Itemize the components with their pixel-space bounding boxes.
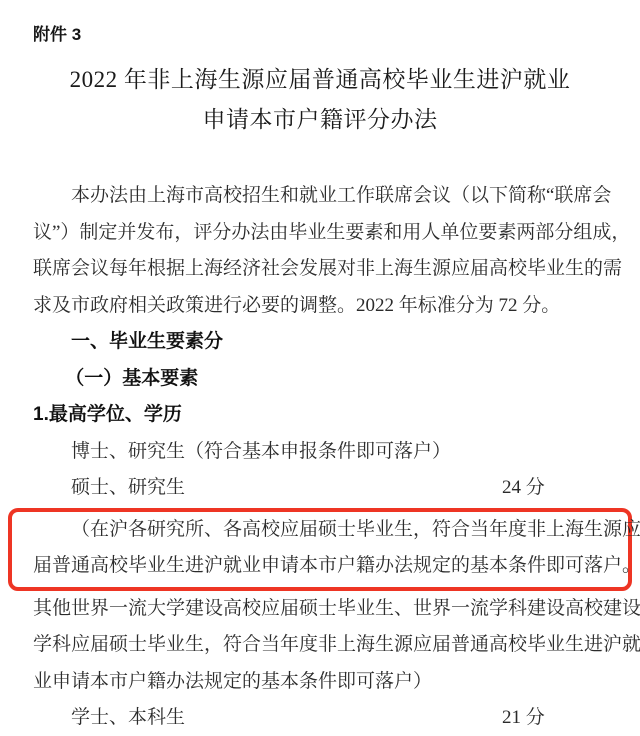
degree-bachelor-score: 21 分 xyxy=(502,700,545,736)
intro-paragraph: 本办法由上海市高校招生和就业工作联席会议（以下简称“联席会 议”）制定并发布，评… xyxy=(33,178,607,324)
note-continuation: 其他世界一流大学建设高校应届硕士毕业生、世界一流学科建设高校建设 学科应届硕士毕… xyxy=(33,591,607,701)
degree-row-doctor: 博士、研究生（符合基本申报条件即可落户） xyxy=(33,434,607,471)
subsection-heading-basic-elements: （一）基本要素 xyxy=(33,361,607,398)
highlight-line: 届普通高校毕业生进沪就业申请本市户籍办法规定的基本条件即可落户。 xyxy=(33,548,618,585)
intro-line: 议”）制定并发布，评分办法由毕业生要素和用人单位要素两部分组成， xyxy=(33,215,607,252)
degree-doctor-label: 博士、研究生（符合基本申报条件即可落户） xyxy=(71,441,451,462)
title-line-1: 2022 年非上海生源应届普通高校毕业生进沪就业 xyxy=(33,60,607,100)
note-line: 学科应届硕士毕业生，符合当年度非上海生源应届普通高校毕业生进沪就 xyxy=(33,627,607,664)
highlight-box: （在沪各研究所、各高校应届硕士毕业生，符合当年度非上海生源应 届普通高校毕业生进… xyxy=(8,508,632,591)
item-heading-highest-degree: 1.最高学位、学历 xyxy=(33,397,607,434)
document-page: 附件 3 2022 年非上海生源应届普通高校毕业生进沪就业 申请本市户籍评分办法… xyxy=(0,0,640,736)
note-line: 其他世界一流大学建设高校应届硕士毕业生、世界一流学科建设高校建设 xyxy=(33,591,607,628)
degree-row-bachelor: 学士、本科生 21 分 xyxy=(33,700,607,736)
note-line: 业申请本市户籍办法规定的基本条件即可落户） xyxy=(33,664,607,701)
intro-line: 本办法由上海市高校招生和就业工作联席会议（以下简称“联席会 xyxy=(33,178,607,215)
intro-line: 联席会议每年根据上海经济社会发展对非上海生源应届高校毕业生的需 xyxy=(33,251,607,288)
degree-master-score: 24 分 xyxy=(502,470,545,507)
intro-line: 求及市政府相关政策进行必要的调整。2022 年标准分为 72 分。 xyxy=(33,288,607,325)
highlight-line: （在沪各研究所、各高校应届硕士毕业生，符合当年度非上海生源应 xyxy=(33,512,618,549)
section-heading-graduate-elements: 一、毕业生要素分 xyxy=(33,324,607,361)
degree-master-label: 硕士、研究生 xyxy=(71,477,185,498)
document-title: 2022 年非上海生源应届普通高校毕业生进沪就业 申请本市户籍评分办法 xyxy=(33,60,607,140)
title-line-2: 申请本市户籍评分办法 xyxy=(33,100,607,140)
degree-row-master: 硕士、研究生 24 分 xyxy=(33,470,607,507)
attachment-label: 附件 3 xyxy=(33,24,607,46)
degree-bachelor-label: 学士、本科生 xyxy=(71,707,185,728)
